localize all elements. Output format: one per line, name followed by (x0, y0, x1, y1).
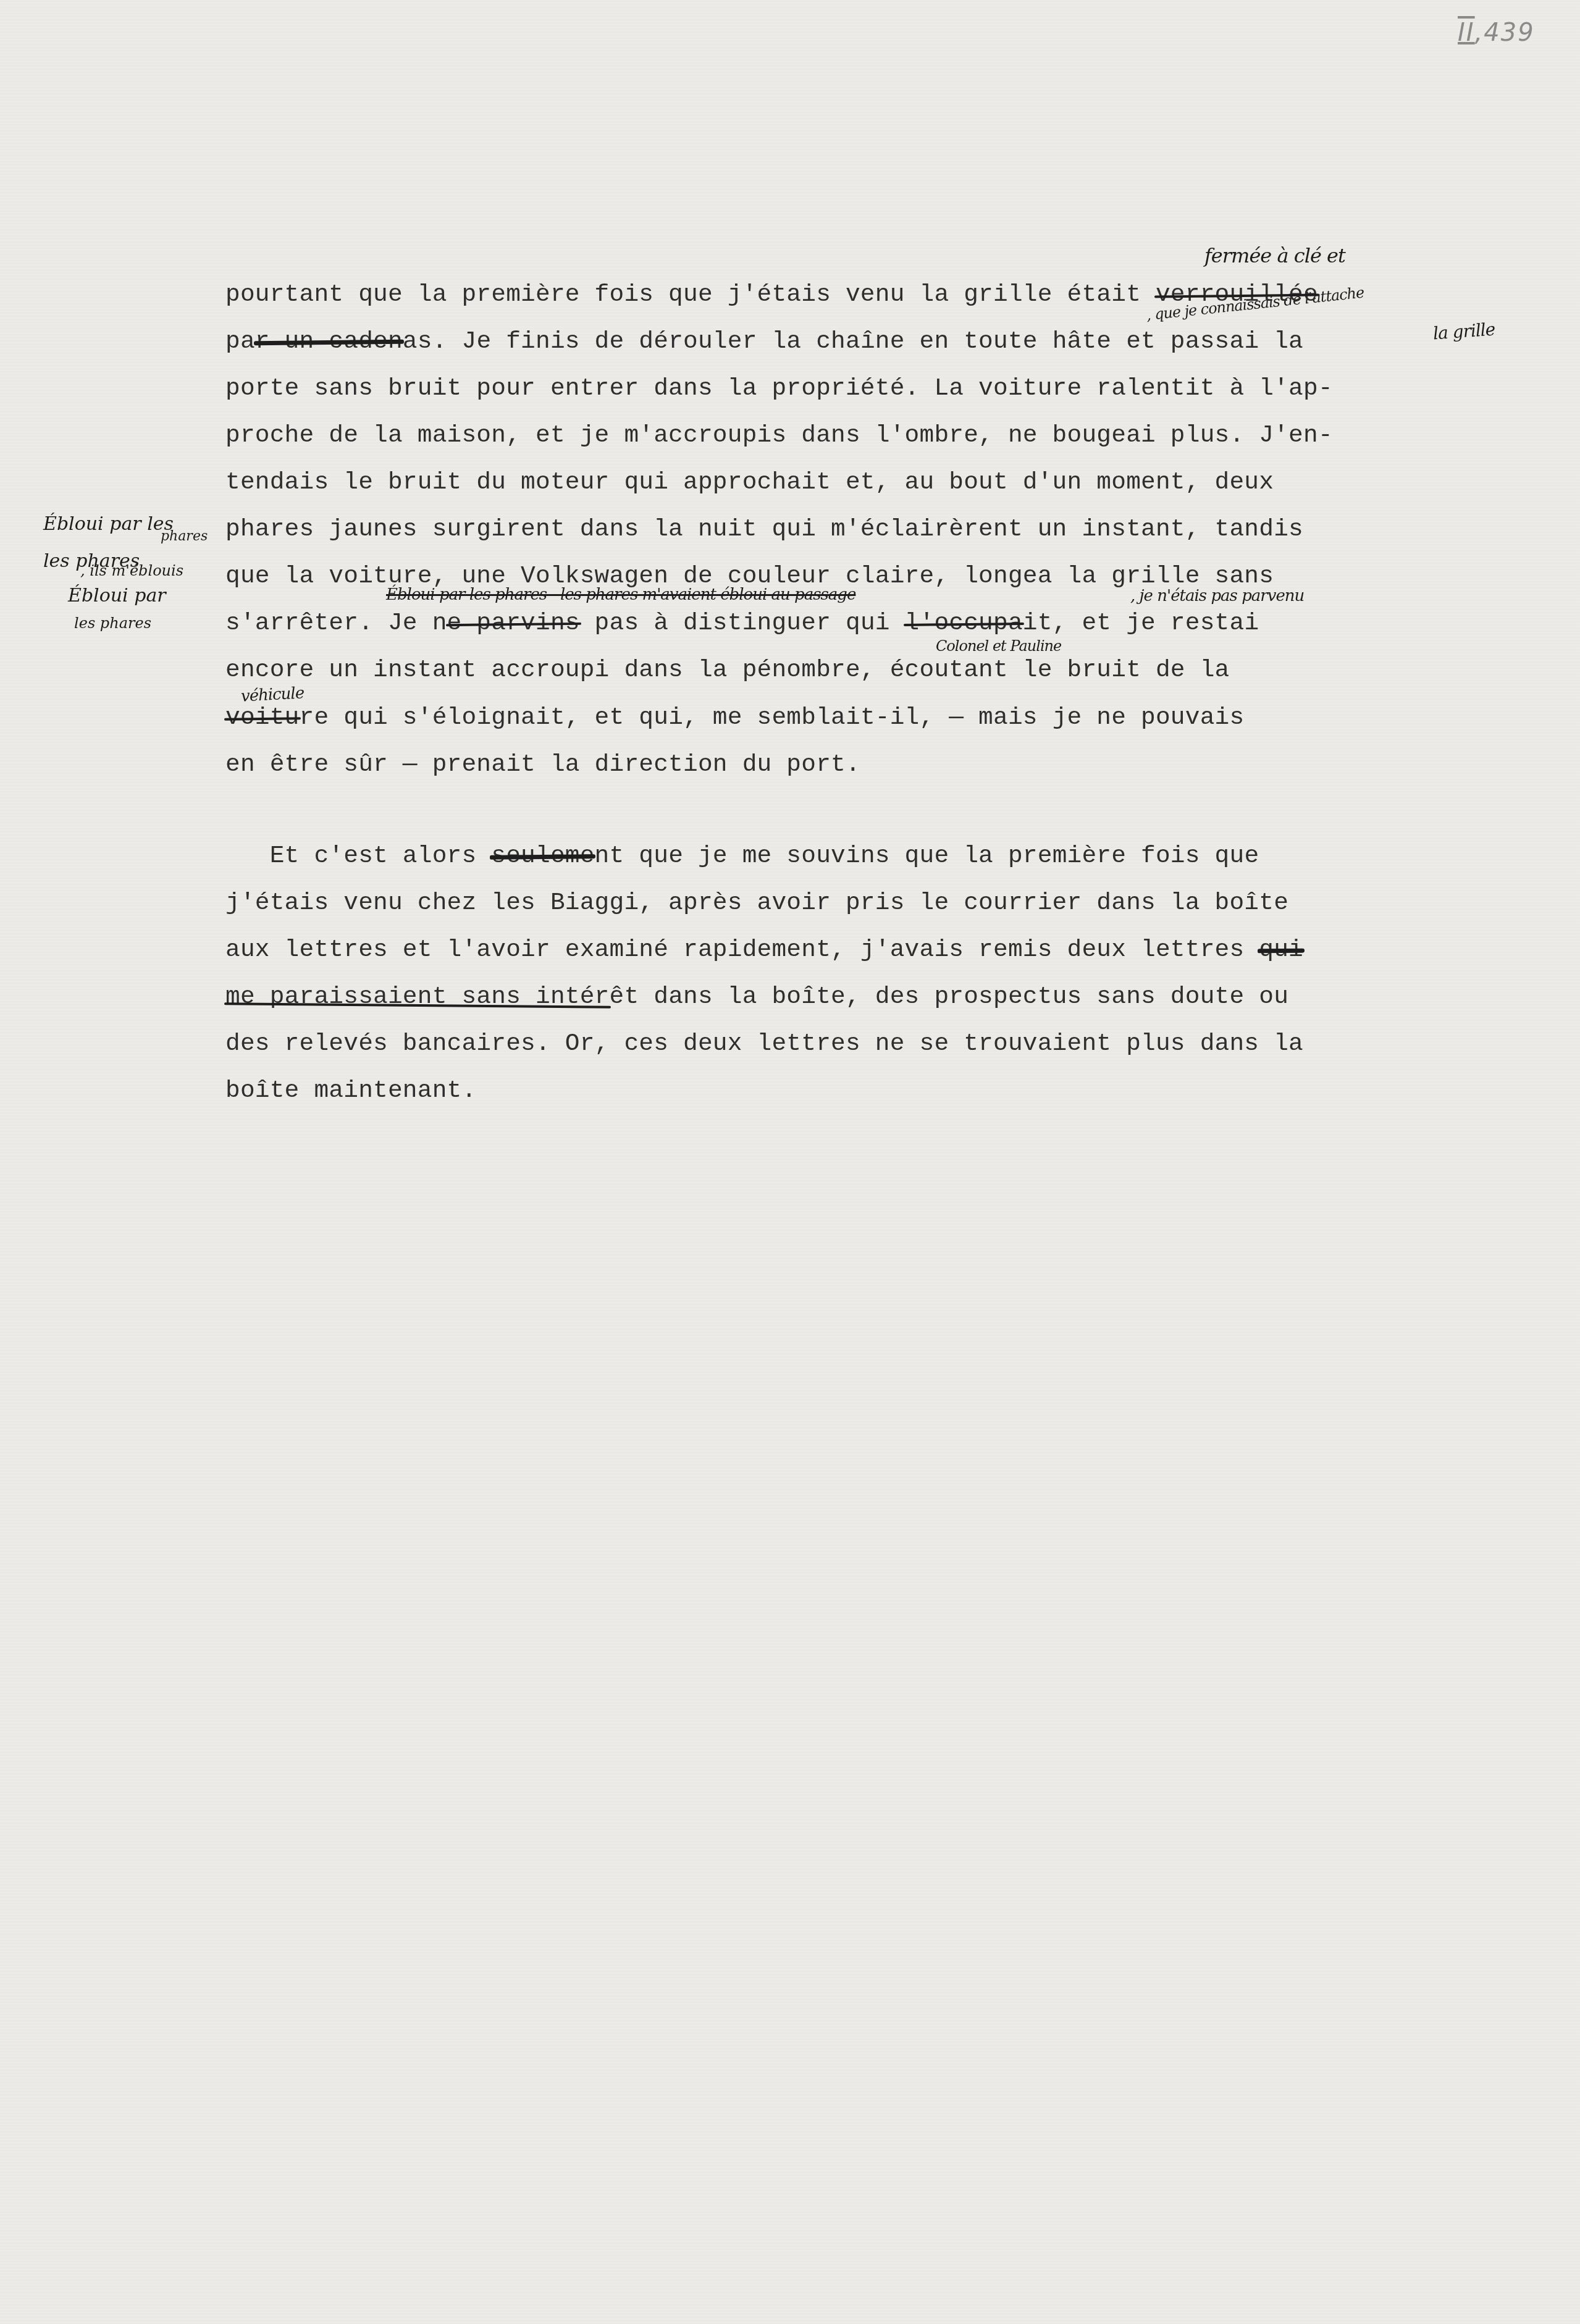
struck-text: e parvins (447, 609, 580, 637)
struck-text: seuleme (491, 842, 594, 870)
manuscript-page: II,439 fermée à clé et , que je connaiss… (0, 0, 1580, 2324)
struck-text: verrouillée (1156, 280, 1318, 308)
text-line: en être sûr — prenait la direction du po… (225, 749, 860, 780)
left-margin-annotation: Ébloui par les phares les phares , ils m… (43, 506, 229, 632)
text-line: phares jaunes surgirent dans la nuit qui… (225, 514, 1303, 545)
margin-line: les phares (74, 614, 229, 632)
folio-page: 439 (1484, 19, 1534, 47)
folio-volume: II (1458, 19, 1475, 47)
text-line: tendais le bruit du moteur qui approchai… (225, 467, 1274, 498)
text-line: pourtant que la première fois que j'étai… (225, 279, 1318, 310)
annotation-la-grille: la grille (1432, 319, 1495, 344)
text-line: Et c'est alors seulement que je me souvi… (225, 841, 1259, 871)
line-text: re qui s'éloignait, et qui, me semblait-… (300, 703, 1245, 731)
text-line: porte sans bruit pour entrer dans la pro… (225, 373, 1333, 404)
text-line: aux lettres et l'avoir examiné rapidemen… (225, 934, 1303, 965)
margin-line: , ils m'éblouis (80, 563, 229, 578)
annotation-colonel-pauline: Colonel et Pauline (936, 637, 1061, 655)
margin-line: phares (161, 530, 229, 543)
text-line: encore un instant accroupi dans la pénom… (225, 655, 1229, 686)
struck-text: l'occupa (905, 609, 1023, 637)
line-text: it, et je restai (1023, 609, 1259, 637)
struck-text: voitu (225, 703, 300, 731)
line-text: Et c'est alors (225, 842, 491, 870)
text-line: par un cadenas. Je finis de dérouler la … (225, 326, 1303, 357)
line-text: nt que je me souvins que la première foi… (595, 842, 1259, 870)
line-text: pa (225, 327, 255, 355)
text-line: proche de la maison, et je m'accroupis d… (225, 420, 1333, 451)
text-line: voiture qui s'éloignait, et qui, me semb… (225, 702, 1244, 733)
text-line: me paraissaient sans intérêt dans la boî… (225, 981, 1288, 1012)
line-text: aux lettres et l'avoir examiné rapidemen… (225, 936, 1259, 963)
line-text: s'arrêter. Je n (225, 609, 447, 637)
line-text: êt dans la boîte, des prospectus sans do… (610, 983, 1289, 1010)
folio-separator: , (1475, 19, 1484, 47)
text-line: j'étais venu chez les Biaggi, après avoi… (225, 887, 1288, 918)
line-text: pas à distinguer qui (580, 609, 905, 637)
annotation-ferme-a-cle: fermée à clé et (1204, 244, 1345, 267)
line-text: as. Je finis de dérouler la chaîne en to… (403, 327, 1303, 355)
margin-line: Ébloui par (68, 578, 229, 614)
text-line: boîte maintenant. (225, 1075, 476, 1106)
text-line: s'arrêter. Je ne parvins pas à distingue… (225, 608, 1259, 639)
folio-number: II,439 (1458, 19, 1535, 47)
line-text: pourtant que la première fois que j'étai… (225, 280, 1156, 308)
struck-text: r un caden (255, 327, 403, 355)
struck-text: qui (1259, 936, 1303, 963)
struck-text: me paraissaient sans intér (225, 983, 610, 1010)
text-line: que la voiture, une Volkswagen de couleu… (225, 561, 1274, 592)
text-line: des relevés bancaires. Or, ces deux lett… (225, 1028, 1303, 1059)
